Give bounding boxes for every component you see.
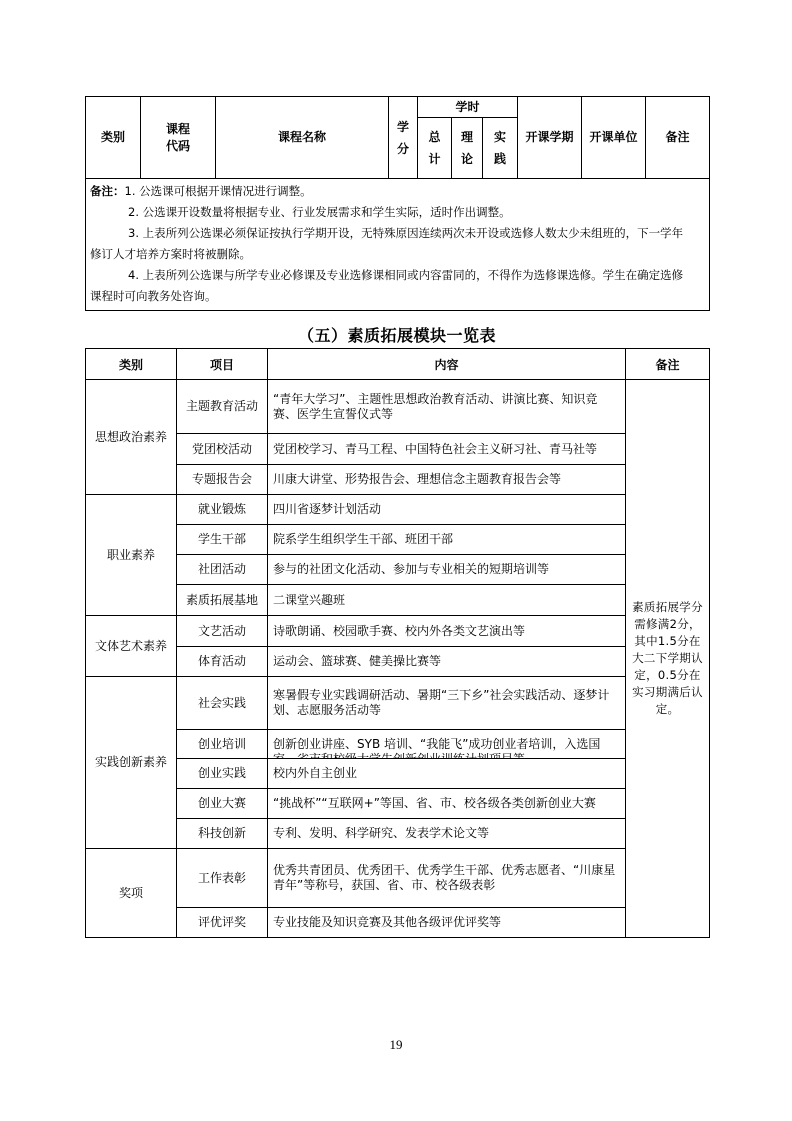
content-cell: 党团校学习、青马工程、中国特色社会主义研习社、青马社等 bbox=[268, 434, 626, 465]
header-semester: 开课学期 bbox=[518, 97, 582, 179]
category-cell: 思想政治素养 bbox=[86, 380, 177, 495]
clipped-content: 创新创业讲座、SYB 培训、“我能飞”成功创业者培训，入选国家、省市和校级大学生… bbox=[273, 730, 620, 758]
category-cell: 文体艺术素养 bbox=[86, 616, 177, 677]
item-cell: 创业培训 bbox=[177, 730, 268, 759]
header-hours-theory-line2: 论 bbox=[452, 148, 482, 170]
note-line-3-cont: 修订人才培养方案时将被删除。 bbox=[90, 244, 705, 265]
header-hours: 学时 bbox=[418, 97, 518, 118]
content-cell: 四川省逐梦计划活动 bbox=[268, 495, 626, 525]
content-cell: 参与的社团文化活动、参加与专业相关的短期培训等 bbox=[268, 555, 626, 585]
table-row: 学生干部 院系学生组织学生干部、班团干部 bbox=[86, 525, 710, 555]
content-cell: 专利、发明、科学研究、发表学术论文等 bbox=[268, 819, 626, 849]
item-cell: 社团活动 bbox=[177, 555, 268, 585]
table-row: 实践创新素养 社会实践 寒暑假专业实践调研活动、暑期“三下乡”社会实践活动、逐梦… bbox=[86, 677, 710, 730]
table-row: 创业实践 校内外自主创业 bbox=[86, 759, 710, 789]
table-row: 科技创新 专利、发明、科学研究、发表学术论文等 bbox=[86, 819, 710, 849]
header-hours-total-line2: 计 bbox=[418, 148, 451, 170]
item-cell: 体育活动 bbox=[177, 647, 268, 677]
header-hours-practice: 实 践 bbox=[483, 118, 518, 179]
note-line-4-cont: 课程时可向教务处咨询。 bbox=[90, 286, 705, 307]
section-title: （五）素质拓展模块一览表 bbox=[85, 323, 709, 346]
header-hours-theory: 理 论 bbox=[452, 118, 483, 179]
item-cell: 创业实践 bbox=[177, 759, 268, 789]
header-credits-line2: 分 bbox=[389, 138, 417, 160]
content-cell: 运动会、篮球赛、健美操比赛等 bbox=[268, 647, 626, 677]
item-cell: 专题报告会 bbox=[177, 465, 268, 495]
table-row: 社团活动 参与的社团文化活动、参加与专业相关的短期培训等 bbox=[86, 555, 710, 585]
header-hours-practice-line2: 践 bbox=[483, 148, 517, 170]
header-item: 项目 bbox=[177, 349, 268, 380]
table-row: 专题报告会 川康大讲堂、形势报告会、理想信念主题教育报告会等 bbox=[86, 465, 710, 495]
table-row: 文体艺术素养 文艺活动 诗歌朗诵、校园歌手赛、校内外各类文艺演出等 bbox=[86, 616, 710, 647]
table-row: 党团校活动 党团校学习、青马工程、中国特色社会主义研习社、青马社等 bbox=[86, 434, 710, 465]
header-credits-line1: 学 bbox=[389, 116, 417, 138]
header-category: 类别 bbox=[86, 349, 177, 380]
header-hours-practice-line1: 实 bbox=[483, 126, 517, 148]
page-number: 19 bbox=[0, 1037, 792, 1053]
item-cell: 工作表彰 bbox=[177, 849, 268, 908]
content-cell: 优秀共青团员、优秀团干、优秀学生干部、优秀志愿者、“川康星青年”等称号，获国、省… bbox=[268, 849, 626, 908]
table-row: 体育活动 运动会、篮球赛、健美操比赛等 bbox=[86, 647, 710, 677]
header-credits: 学 分 bbox=[389, 97, 418, 179]
item-cell: 党团校活动 bbox=[177, 434, 268, 465]
note-line-2: 2. 公选课开设数量将根据专业、行业发展需求和学生实际，适时作出调整。 bbox=[90, 202, 705, 223]
item-cell: 文艺活动 bbox=[177, 616, 268, 647]
content-cell: 寒暑假专业实践调研活动、暑期“三下乡”社会实践活动、逐梦计划、志愿服务活动等 bbox=[268, 677, 626, 730]
header-category: 类别 bbox=[86, 97, 141, 179]
note-line-4: 4. 上表所列公选课与所学专业必修课及专业选修课相同或内容雷同的，不得作为选修课… bbox=[90, 265, 705, 286]
item-cell: 科技创新 bbox=[177, 819, 268, 849]
header-remarks: 备注 bbox=[646, 97, 710, 179]
header-hours-total-line1: 总 bbox=[418, 126, 451, 148]
item-cell: 学生干部 bbox=[177, 525, 268, 555]
notes-cell: 备注：1. 公选课可根据开课情况进行调整。 2. 公选课开设数量将根据专业、行业… bbox=[86, 179, 710, 311]
item-cell: 评优评奖 bbox=[177, 908, 268, 938]
table-row: 素质拓展基地 二课堂兴趣班 bbox=[86, 585, 710, 616]
content-cell: 校内外自主创业 bbox=[268, 759, 626, 789]
item-cell: 主题教育活动 bbox=[177, 380, 268, 434]
content-cell: “青年大学习”、主题性思想政治教育活动、讲演比赛、知识竞赛、医学生宣誓仪式等 bbox=[268, 380, 626, 434]
header-course-code-line1: 课程 bbox=[141, 121, 215, 138]
item-cell: 素质拓展基地 bbox=[177, 585, 268, 616]
table-row: 职业素养 就业锻炼 四川省逐梦计划活动 bbox=[86, 495, 710, 525]
content-cell: 创新创业讲座、SYB 培训、“我能飞”成功创业者培训，入选国家、省市和校级大学生… bbox=[268, 730, 626, 759]
header-hours-theory-line1: 理 bbox=[452, 126, 482, 148]
item-cell: 就业锻炼 bbox=[177, 495, 268, 525]
table-row: 评优评奖 专业技能及知识竞赛及其他各级评优评奖等 bbox=[86, 908, 710, 938]
content-cell: 专业技能及知识竞赛及其他各级评优评奖等 bbox=[268, 908, 626, 938]
content-cell: 二课堂兴趣班 bbox=[268, 585, 626, 616]
note-line-1: 备注：1. 公选课可根据开课情况进行调整。 bbox=[90, 181, 705, 202]
table-row: 创业大赛 “挑战杯”“互联网+”等国、省、市、校各级各类创新创业大赛 bbox=[86, 789, 710, 819]
header-hours-total: 总 计 bbox=[418, 118, 452, 179]
header-course-name: 课程名称 bbox=[216, 97, 389, 179]
category-cell: 职业素养 bbox=[86, 495, 177, 616]
header-content: 内容 bbox=[268, 349, 626, 380]
content-cell: 院系学生组织学生干部、班团干部 bbox=[268, 525, 626, 555]
category-cell: 奖项 bbox=[86, 849, 177, 938]
table-row: 思想政治素养 主题教育活动 “青年大学习”、主题性思想政治教育活动、讲演比赛、知… bbox=[86, 380, 710, 434]
quality-module-table: 类别 项目 内容 备注 思想政治素养 主题教育活动 “青年大学习”、主题性思想政… bbox=[85, 348, 710, 938]
remark-cell: 素质拓展学分需修满2分，其中1.5分在大二下学期认定，0.5分在实习期满后认定。 bbox=[626, 380, 710, 938]
header-department: 开课单位 bbox=[582, 97, 646, 179]
item-cell: 创业大赛 bbox=[177, 789, 268, 819]
content-cell: 川康大讲堂、形势报告会、理想信念主题教育报告会等 bbox=[268, 465, 626, 495]
table-row: 奖项 工作表彰 优秀共青团员、优秀团干、优秀学生干部、优秀志愿者、“川康星青年”… bbox=[86, 849, 710, 908]
note-line-3: 3. 上表所列公选课必须保证按执行学期开设，无特殊原因连续两次未开设或选修人数太… bbox=[90, 223, 705, 244]
content-cell: 诗歌朗诵、校园歌手赛、校内外各类文艺演出等 bbox=[268, 616, 626, 647]
header-course-code-line2: 代码 bbox=[141, 138, 215, 155]
category-cell: 实践创新素养 bbox=[86, 677, 177, 849]
course-table: 类别 课程 代码 课程名称 学 分 学时 开课学期 开课单位 备注 总 计 理 … bbox=[85, 96, 710, 311]
content-cell: “挑战杯”“互联网+”等国、省、市、校各级各类创新创业大赛 bbox=[268, 789, 626, 819]
item-cell: 社会实践 bbox=[177, 677, 268, 730]
header-remarks: 备注 bbox=[626, 349, 710, 380]
table-row: 创业培训 创新创业讲座、SYB 培训、“我能飞”成功创业者培训，入选国家、省市和… bbox=[86, 730, 710, 759]
notes-label: 备注： bbox=[90, 184, 125, 198]
header-course-code: 课程 代码 bbox=[141, 97, 216, 179]
note-text-1: 1. 公选课可根据开课情况进行调整。 bbox=[125, 184, 312, 198]
